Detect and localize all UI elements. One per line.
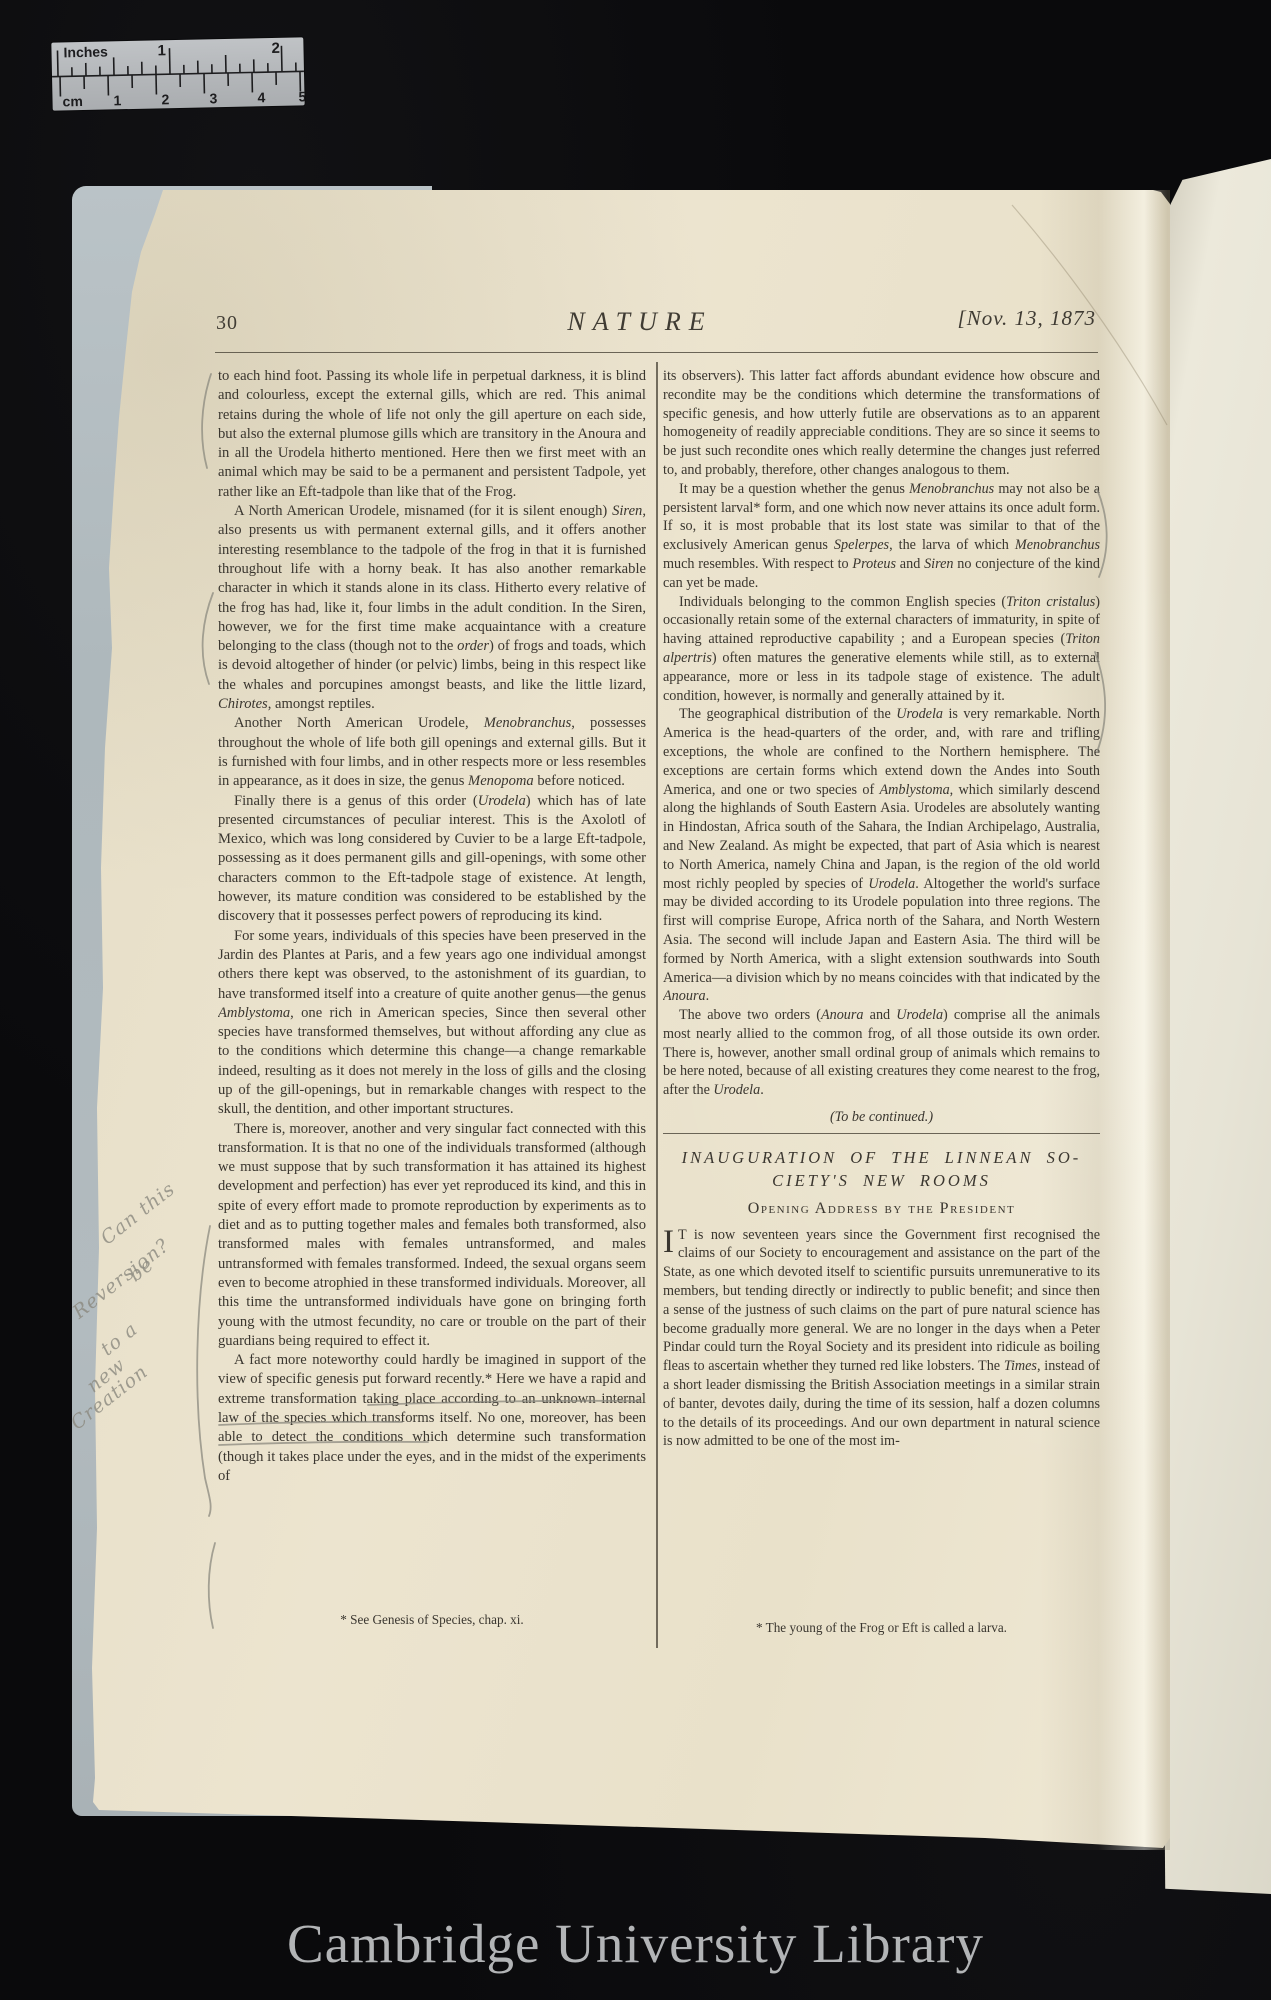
ruler-cm-number-3: 3 — [209, 90, 217, 106]
paragraph: The above two orders (Anoura and Urodela… — [663, 1006, 1100, 1100]
paragraph: to each hind foot. Passing its whole lif… — [218, 367, 646, 502]
paragraph: IT is now seventeen years since the Gove… — [663, 1226, 1100, 1452]
ruler-cm-label: cm — [62, 93, 83, 109]
left-footnote: * See Genesis of Species, chap. xi. — [218, 1612, 646, 1628]
paragraph: A fact more noteworthy could hardly be i… — [218, 1351, 646, 1486]
paragraph: There is, moreover, another and very sin… — [218, 1120, 646, 1352]
paragraph: The geographical distribution of the Uro… — [663, 705, 1100, 1006]
to-be-continued: (To be continued.) — [663, 1108, 1100, 1127]
header-rule — [215, 352, 1098, 353]
ruler-inch-number-2: 2 — [271, 40, 280, 57]
measurement-ruler: Inches 1 2 cm 1 2 3 4 5 — [51, 37, 304, 110]
paragraph: Individuals belonging to the common Engl… — [663, 593, 1100, 706]
ruler-inches-label: Inches — [63, 43, 108, 60]
paragraph: A North American Urodele, misnamed (for … — [218, 502, 646, 714]
issue-date: [Nov. 13, 1873 — [878, 306, 1096, 331]
right-footnote: * The young of the Frog or Eft is called… — [663, 1620, 1100, 1636]
handwritten-annotation: Can thisbeReversion?to anewCreation — [78, 1228, 228, 1450]
dropcap-letter: I — [663, 1226, 678, 1256]
paragraph: It may be a question whether the genus M… — [663, 480, 1100, 593]
paragraph: For some years, individuals of this spec… — [218, 927, 646, 1120]
journal-title: NATURE — [470, 307, 810, 337]
right-column: its observers). This latter fact affords… — [663, 367, 1100, 1617]
paragraph: Another North American Urodele, Menobran… — [218, 714, 646, 791]
ruler-cm-number-1: 1 — [113, 92, 121, 108]
paragraph: Finally there is a genus of this order (… — [218, 792, 646, 927]
left-column: to each hind foot. Passing its whole lif… — [218, 367, 646, 1609]
ruler-cm-number-4: 4 — [257, 89, 265, 105]
page-number: 30 — [216, 312, 238, 335]
article-subheading: Opening Address by the President — [663, 1200, 1100, 1219]
library-caption: Cambridge University Library — [0, 1912, 1271, 1975]
ruler-inch-number-1: 1 — [157, 42, 166, 59]
ruler-cm-number-2: 2 — [161, 91, 169, 107]
paragraph: its observers). This latter fact affords… — [663, 367, 1100, 480]
column-divider — [656, 362, 658, 1648]
section-rule — [663, 1133, 1100, 1134]
ruler-cm-number-5: 5 — [298, 88, 304, 104]
article-heading: INAUGURATION OF THE LINNEAN SO-CIETY'S N… — [663, 1146, 1100, 1192]
ruler-scale-icon: Inches 1 2 cm 1 2 3 4 5 — [51, 37, 304, 110]
